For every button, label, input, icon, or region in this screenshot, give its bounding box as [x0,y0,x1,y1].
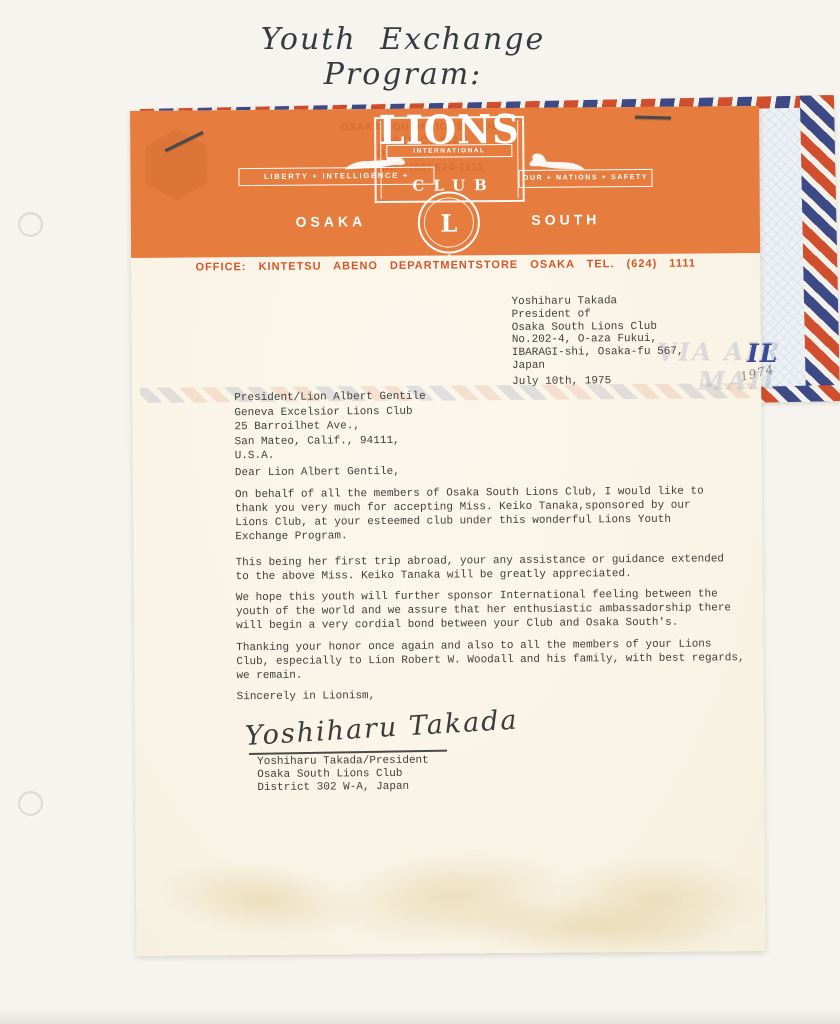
punch-hole-ring-bottom [18,791,43,816]
airmail-border-right [800,95,840,402]
letter-date: July 10th, 1975 [512,375,611,388]
lions-club-emblem: LIONS INTERNATIONAL CLUB [374,116,525,203]
body-paragraph-2: This being her first trip abroad, your a… [235,552,724,584]
lions-medallion-icon: L [418,191,480,253]
signature-typed-block: Yoshiharu Takada/President Osaka South L… [257,755,429,795]
city-south-label: SOUTH [506,211,626,228]
ghost-emblem-showthrough [145,128,208,200]
signature-underline [249,750,447,755]
body-paragraph-3: We hope this youth will further sponsor … [236,587,731,633]
letter-sheet: OSAKA SOUTH LIONS CLUB DISTRICT 302 OSAK… [130,106,766,956]
salutation: Dear Lion Albert Gentile, [235,466,400,479]
handwritten-signature: Yoshiharu Takada [244,701,585,752]
sender-address-block: Yoshiharu Takada President of Osaka Sout… [511,295,683,373]
handwritten-page-title: Youth Exchange Program: [178,22,628,92]
punch-hole-ring-top [18,212,43,237]
medallion-tassel-icon [444,254,455,258]
lion-right-icon [526,149,586,171]
city-osaka-label: OSAKA [271,213,391,230]
body-paragraph-1: On behalf of all the members of Osaka So… [235,485,704,545]
medallion-letter: L [420,208,478,237]
office-address-line: OFFICE: KINTETSU ABENO DEPARTMENTSTORE O… [131,257,760,274]
recipient-address-block: President/Lion Albert Gentile Geneva Exc… [234,390,426,464]
letterhead-band: OSAKA SOUTH LIONS CLUB DISTRICT 302 OSAK… [130,106,760,258]
page-bottom-shadow [0,1008,840,1024]
scrapbook-page: Youth Exchange Program: OSAKA SOUTH LION… [0,0,840,1024]
body-paragraph-4: Thanking your honor once again and also … [236,637,745,683]
closing-line: Sincerely in Lionism, [237,690,376,703]
international-band: INTERNATIONAL [386,144,512,158]
